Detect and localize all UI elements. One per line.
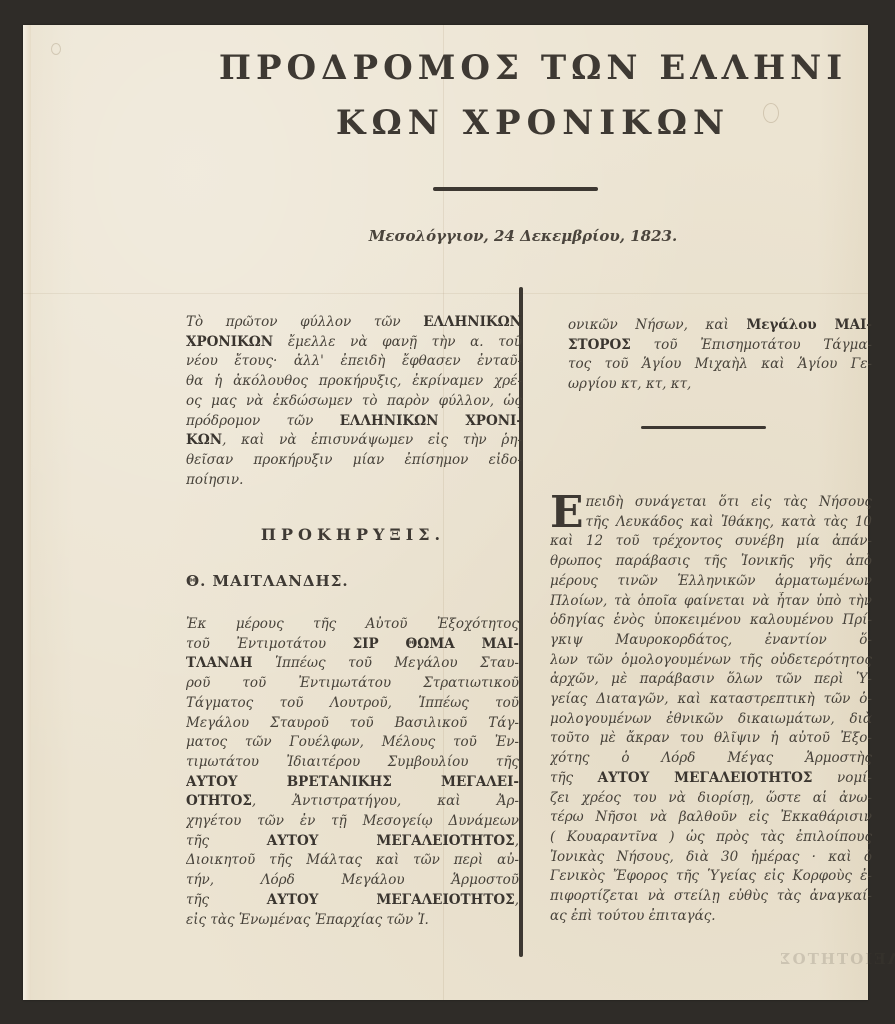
signatory: Θ. ΜΑΙΤΛΑΝΔΗΣ.	[186, 572, 349, 590]
text-line: ματος τῶν Γουέλφων, Μέλους τοῦ Ἐν-	[186, 733, 519, 753]
text-line: τοῦ Ἐντιμοτάτου ΣΙΡ ΘΩΜΑ ΜΑΙ-	[186, 635, 519, 655]
text-line: γκιψ Μαυροκορδάτος, ἐναντίον ὅ-	[550, 631, 872, 651]
text-line: χηγέτου τῶν ἐν τῇ Μεσογείῳ Δυνάμεων	[186, 812, 519, 832]
text-line: πρόδρομον τῶν ΕΛΛΗΝΙΚΩΝ ΧΡΟΝΙ-	[186, 412, 522, 432]
newspaper-page: ΠΡΟΔΡΟΜΟΣ ΤΩΝ ΕΛΛΗΝΙ ΚΩΝ ΧΡΟΝΙΚΩΝ Μεσολό…	[23, 25, 868, 1000]
text-line: τῆς ΑΥΤΟΥ ΜΕΓΑΛΕΙΟΤΗΤΟΣ,	[186, 832, 519, 852]
text-line: ΟΤΗΤΟΣ, Ἀντιστρατήγου, καὶ Ἀρ-	[186, 792, 519, 812]
fold-line-horizontal	[23, 293, 868, 294]
page-edge	[23, 25, 31, 1000]
proclamation-titles: Ἐκ μέρους τῆς Αὐτοῦ Ἐξοχότητοςτοῦ Ἐντιμο…	[186, 615, 519, 930]
section-heading: ΠΡΟΚΗΡΥΞΙΣ.	[238, 525, 468, 544]
text-line: ὁδηγίας ἑνὸς ὑποκειμένου καλουμένου Πρί-	[550, 611, 872, 631]
text-line: Μεγάλου Σταυροῦ τοῦ Βασιλικοῦ Τάγ-	[186, 714, 519, 734]
text-line: λων τῶν ὁμολογουμένων τῆς οὐδετερότητος	[550, 651, 872, 671]
text-line: Γενικὸς Ἔφορος τῆς Ὑγείας εἰς Κορφοὺς ἐ-	[550, 867, 872, 887]
text-line: ος μας νὰ ἐκδώσωμεν τὸ παρὸν φύλλον, ὡς	[186, 392, 522, 412]
text-line: τῆς Λευκάδος καὶ Ἰθάκης, κατὰ τὰς 10	[586, 513, 872, 533]
text-line: καὶ 12 τοῦ τρέχοντος συνέβη μία ἀπάν-	[550, 532, 872, 552]
text-line: Τάγματος τοῦ Λουτροῦ, Ἱππέως τοῦ	[186, 694, 519, 714]
proclamation-titles-continued: ονικῶν Νήσων, καὶ Μεγάλου ΜΑΙ-ΣΤΟΡΟΣ τοῦ…	[568, 316, 872, 395]
text-line: πειδὴ συνάγεται ὅτι εἰς τὰς Νήσους	[586, 493, 872, 513]
text-line: τέρω Νῆσοι νὰ βαλθοῦν εἰς Ἐκκαθάρισιν	[550, 808, 872, 828]
masthead-line-2: ΚΩΝ ΧΡΟΝΙΚΩΝ	[193, 103, 873, 143]
text-line: Τὸ πρῶτον φύλλον τῶν ΕΛΛΗΝΙΚΩΝ	[186, 313, 522, 333]
text-line: μολογουμένων ἐθνικῶν δικαιωμάτων, διὰ	[550, 710, 872, 730]
text-line: ( Κουαραντῖνα ) ὡς πρὸς τὰς ἐπιλοίπους	[550, 828, 872, 848]
text-line: θα ἡ ἀκόλουθος προκήρυξις, ἐκρίναμεν χρέ…	[186, 372, 522, 392]
section-rule	[641, 426, 766, 429]
text-line: ονικῶν Νήσων, καὶ Μεγάλου ΜΑΙ-	[568, 316, 872, 336]
paper-stain	[51, 43, 61, 55]
text-line: εἰς τὰς Ἑνωμένας Ἐπαρχίας τῶν Ἰ.	[186, 911, 519, 931]
text-line: ΤΛΑΝΔΗ Ἱππέως τοῦ Μεγάλου Σταυ-	[186, 654, 519, 674]
text-line: τιμωτάτου Ἰδιαιτέρου Συμβουλίου τῆς	[186, 753, 519, 773]
text-line: ας ἐπὶ τούτου ἐπιταγάς.	[550, 907, 872, 927]
text-line: ἀρχῶν, μὲ παράβασιν ὅλων τῶν περὶ Ὑ-	[550, 670, 872, 690]
text-line: γείας Διαταγῶν, καὶ καταστρεπτικὴ τῶν ὁ-	[550, 690, 872, 710]
text-line: θρωπος παράβασις τῆς Ἰονικῆς γῆς ἀπὸ	[550, 552, 872, 572]
masthead-line-1: ΠΡΟΔΡΟΜΟΣ ΤΩΝ ΕΛΛΗΝΙ	[193, 48, 873, 88]
text-line: ροῦ τοῦ Ἐντιμωτάτου Στρατιωτικοῦ	[186, 674, 519, 694]
text-line: τῆς ΑΥΤΟΥ ΜΕΓΑΛΕΙΟΤΗΤΟΣ,	[186, 891, 519, 911]
text-line: θεῖσαν προκήρυξιν μίαν ἐπίσημον εἰδο-	[186, 451, 522, 471]
text-line: ΧΡΟΝΙΚΩΝ ἔμελλε νὰ φανῇ τὴν α. τοῦ	[186, 333, 522, 353]
text-line: τοῦτο μὲ ἄκραν του θλῖψιν ἡ αὐτοῦ Ἐξο-	[550, 729, 872, 749]
intro-paragraph: Τὸ πρῶτον φύλλον τῶν ΕΛΛΗΝΙΚΩΝΧΡΟΝΙΚΩΝ ἔ…	[186, 313, 522, 490]
text-line: πιφορτίζεται νὰ στείλῃ εὐθὺς τὰς ἀναγκαί…	[550, 887, 872, 907]
text-line: ζει χρέος του νὰ διορίσῃ, ὥστε αἱ ἀνω-	[550, 789, 872, 809]
text-line: Πλοίων, τὰ ὁποῖα φαίνεται νὰ ἦταν ὑπὸ τὴ…	[550, 592, 872, 612]
text-line: Ἐκ μέρους τῆς Αὐτοῦ Ἐξοχότητος	[186, 615, 519, 635]
text-line: χότης ὁ Λόρδ Μέγας Ἁρμοστὴς	[550, 749, 872, 769]
bleed-through-text: ΜΕΓΑΛΕΙΟΤΗΤΟΣ	[778, 950, 895, 968]
text-line: ΣΤΟΡΟΣ τοῦ Ἐπισημοτάτου Τάγμα-	[568, 336, 872, 356]
text-line: μέρους τινῶν Ἑλληνικῶν ἁρματωμένων	[550, 572, 872, 592]
text-line: τος τοῦ Ἁγίου Μιχαὴλ καὶ Ἁγίου Γε-	[568, 355, 872, 375]
dateline: Μεσολόγγιον, 24 Δεκεμβρίου, 1823.	[353, 227, 693, 245]
text-line: τῆς ΑΥΤΟΥ ΜΕΓΑΛΕΙΟΤΗΤΟΣ νομί-	[550, 769, 872, 789]
text-line: νέου ἔτους· ἀλλ' ἐπειδὴ ἔφθασεν ἐνταῦ-	[186, 352, 522, 372]
text-line: ΚΩΝ, καὶ νὰ ἐπισυνάψωμεν εἰς τὴν ῥη-	[186, 431, 522, 451]
text-line: ωργίου κτ, κτ, κτ,	[568, 375, 872, 395]
text-line: Ἰονικὰς Νήσους, διὰ 30 ἡμέρας · καὶ ὁ	[550, 848, 872, 868]
drop-cap: Ε	[550, 495, 584, 531]
text-line: ΑΥΤΟΥ ΒΡΕΤΑΝΙΚΗΣ ΜΕΓΑΛΕΙ-	[186, 773, 519, 793]
masthead-rule	[433, 187, 598, 191]
text-line: ποίησιν.	[186, 471, 522, 491]
text-line: Διοικητοῦ τῆς Μάλτας καὶ τῶν περὶ αὐ-	[186, 851, 519, 871]
proclamation-body: Ε πειδὴ συνάγεται ὅτι εἰς τὰς Νήσουςτῆς …	[550, 493, 872, 926]
text-line: τήν, Λόρδ Μεγάλου Ἁρμοστοῦ	[186, 871, 519, 891]
